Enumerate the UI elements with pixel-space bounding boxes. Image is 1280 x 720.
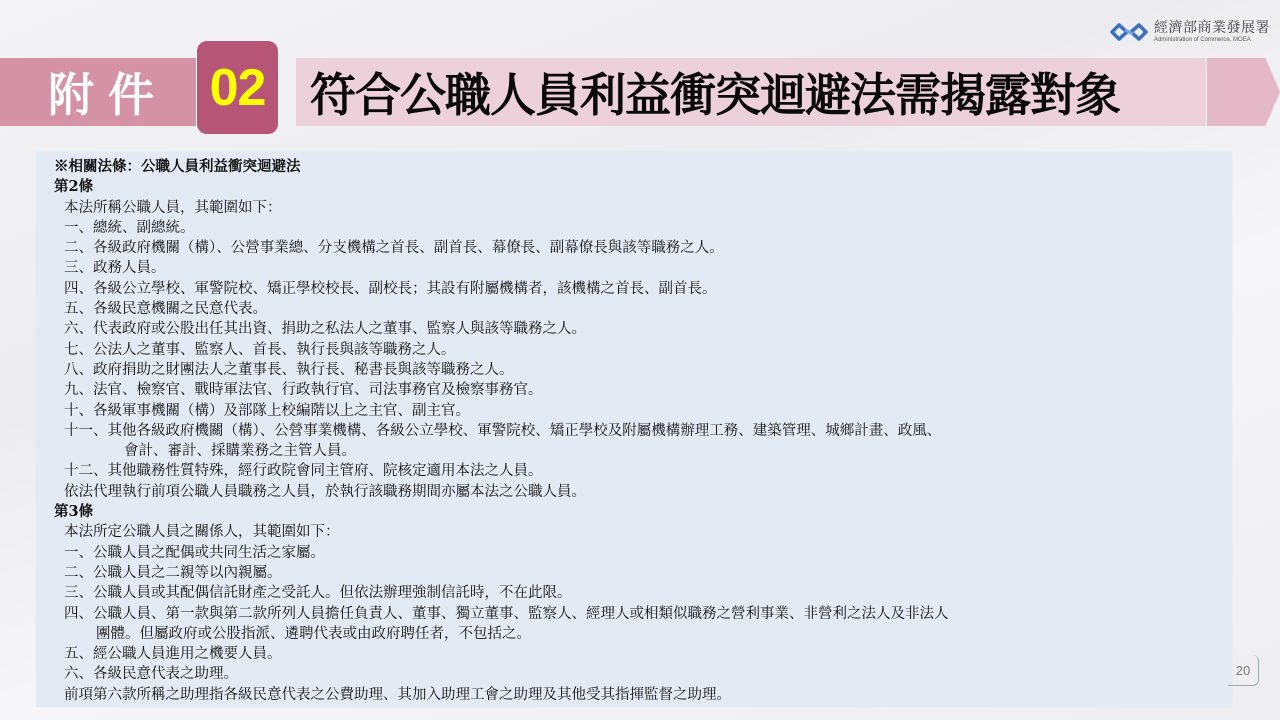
logo-name-en: Administration of Commerce, MOEA: [1154, 37, 1270, 43]
infinity-logo-icon: [1108, 22, 1150, 42]
article-2-intro: 本法所稱公職人員，其範圍如下：: [54, 198, 1222, 218]
article-2-item: 四、各級公立學校、軍警院校、矯正學校校長、副校長；其設有附屬機構者，該機構之首長…: [54, 279, 1222, 299]
page-number: 20: [1228, 655, 1259, 686]
article-3-item: 一、公職人員之配偶或共同生活之家屬。: [54, 543, 1222, 563]
appendix-number-box: 02: [197, 41, 278, 134]
article-3-item-continuation: 團體。但屬政府或公股指派、遴聘代表或由政府聘任者，不包括之。: [54, 624, 1222, 644]
article-2-item: 五、各級民意機關之民意代表。: [54, 299, 1222, 319]
article-3-closing: 前項第六款所稱之助理指各級民意代表之公費助理、其加入助理工會之助理及其他受其指揮…: [54, 685, 1222, 705]
article-3-item: 六、各級民意代表之助理。: [54, 664, 1222, 684]
article-2-item: 三、政務人員。: [54, 258, 1222, 278]
law-reference: ※相關法條：公職人員利益衝突迴避法: [54, 157, 1222, 177]
moea-logo: 經濟部商業發展署 Administration of Commerce, MOE…: [1108, 18, 1273, 46]
article-3-item: 二、公職人員之二親等以內親屬。: [54, 563, 1222, 583]
law-text-panel: ※相關法條：公職人員利益衝突迴避法 第2條 本法所稱公職人員，其範圍如下： 一、…: [36, 152, 1232, 707]
article-2-item: 二、各級政府機關（構）、公營事業總、分支機構之首長、副首長、幕僚長、副幕僚長與該…: [54, 238, 1222, 258]
article-3-item: 五、經公職人員進用之機要人員。: [54, 644, 1222, 664]
article-2-item: 九、法官、檢察官、戰時軍法官、行政執行官、司法事務官及檢察事務官。: [54, 380, 1222, 400]
article-2-item: 十、各級軍事機關（構）及部隊上校編階以上之主官、副主官。: [54, 401, 1222, 421]
title-arrow-decoration: [1207, 58, 1280, 126]
appendix-number: 02: [210, 58, 266, 118]
article-2-item: 十二、其他職務性質特殊，經行政院會同主管府、院核定適用本法之人員。: [54, 461, 1222, 481]
article-2-item: 一、總統、副總統。: [54, 218, 1222, 238]
article-2-item-continuation: 會計、審計、採購業務之主管人員。: [54, 441, 1222, 461]
article-3-item: 三、公職人員或其配偶信託財產之受託人。但依法辦理強制信託時，不在此限。: [54, 583, 1222, 603]
article-2-closing: 依法代理執行前項公職人員職務之人員，於執行該職務期間亦屬本法之公職人員。: [54, 482, 1222, 502]
logo-name-cn: 經濟部商業發展署: [1154, 21, 1270, 35]
appendix-label: 附件: [48, 59, 168, 125]
article-2-item: 六、代表政府或公股出任其出資、捐助之私法人之董事、監察人與該等職務之人。: [54, 319, 1222, 339]
article-2-item: 八、政府捐助之財團法人之董事長、執行長、秘書長與該等職務之人。: [54, 360, 1222, 380]
page-title: 符合公職人員利益衝突迴避法需揭露對象: [310, 59, 1120, 125]
article-2-heading: 第2條: [54, 177, 1222, 197]
article-2-item: 七、公法人之董事、監察人、首長、執行長與該等職務之人。: [54, 340, 1222, 360]
article-2-item: 十一、其他各級政府機關（構）、公營事業機構、各級公立學校、軍警院校、矯正學校及附…: [54, 421, 1222, 441]
title-band: 符合公職人員利益衝突迴避法需揭露對象: [296, 58, 1206, 126]
appendix-band: 附件: [0, 58, 196, 126]
article-3-item: 四、公職人員、第一款與第二款所列人員擔任負責人、董事、獨立董事、監察人、經理人或…: [54, 604, 1222, 624]
article-3-intro: 本法所定公職人員之關係人，其範圍如下：: [54, 522, 1222, 542]
article-3-heading: 第3條: [54, 502, 1222, 522]
